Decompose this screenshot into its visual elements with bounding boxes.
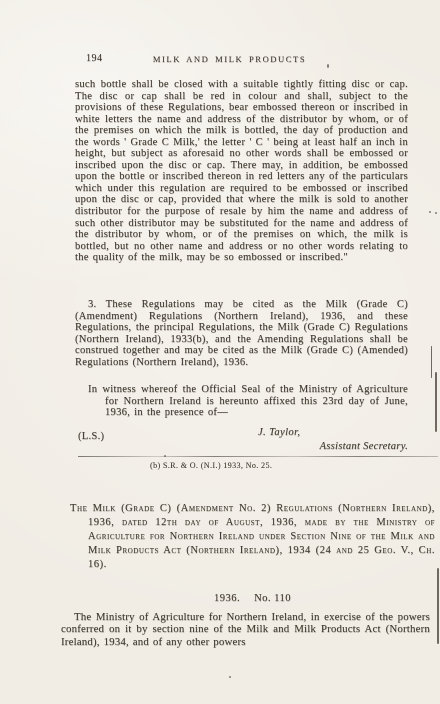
docket-number-line: 1936. No. 110 — [61, 593, 430, 604]
running-header-title: MILK AND MILK PRODUCTS — [75, 54, 384, 64]
scan-speck — [429, 211, 431, 213]
seal-mark: (L.S.) — [78, 431, 104, 442]
page-content: 194 MILK AND MILK PRODUCTS such bottle s… — [0, 0, 440, 704]
scan-artifact-line — [431, 346, 432, 378]
signatory-name: J. Taylor, — [258, 427, 300, 438]
scanned-page: 194 MILK AND MILK PRODUCTS such bottle s… — [0, 0, 440, 704]
signatory-title: Assistant Secretary. — [252, 441, 408, 452]
running-head: 194 MILK AND MILK PRODUCTS — [75, 53, 408, 67]
docket-preamble: The Ministry of Agriculture for Northern… — [61, 611, 430, 648]
docket-year: 1936. — [214, 593, 240, 604]
docket-heading: The Milk (Grade C) (Amendment No. 2) Reg… — [88, 502, 435, 572]
footnote-rule — [78, 456, 438, 457]
scan-speck — [229, 676, 231, 678]
scan-speck — [435, 212, 437, 214]
docket-instrument-number: No. 110 — [254, 593, 291, 604]
citation-clause: 3. These Regulations may be cited as the… — [75, 299, 408, 368]
footnote: (b) S.R. & O. (N.I.) 1933, No. 25. — [150, 461, 272, 470]
quoted-passage: such bottle shall be closed with a suita… — [75, 79, 408, 264]
scan-artifact-line — [437, 568, 439, 644]
scan-artifact-line — [435, 372, 437, 432]
scan-speck — [164, 455, 166, 457]
scan-speck — [327, 64, 329, 68]
witness-clause: In witness whereof the Official Seal of … — [88, 384, 408, 419]
